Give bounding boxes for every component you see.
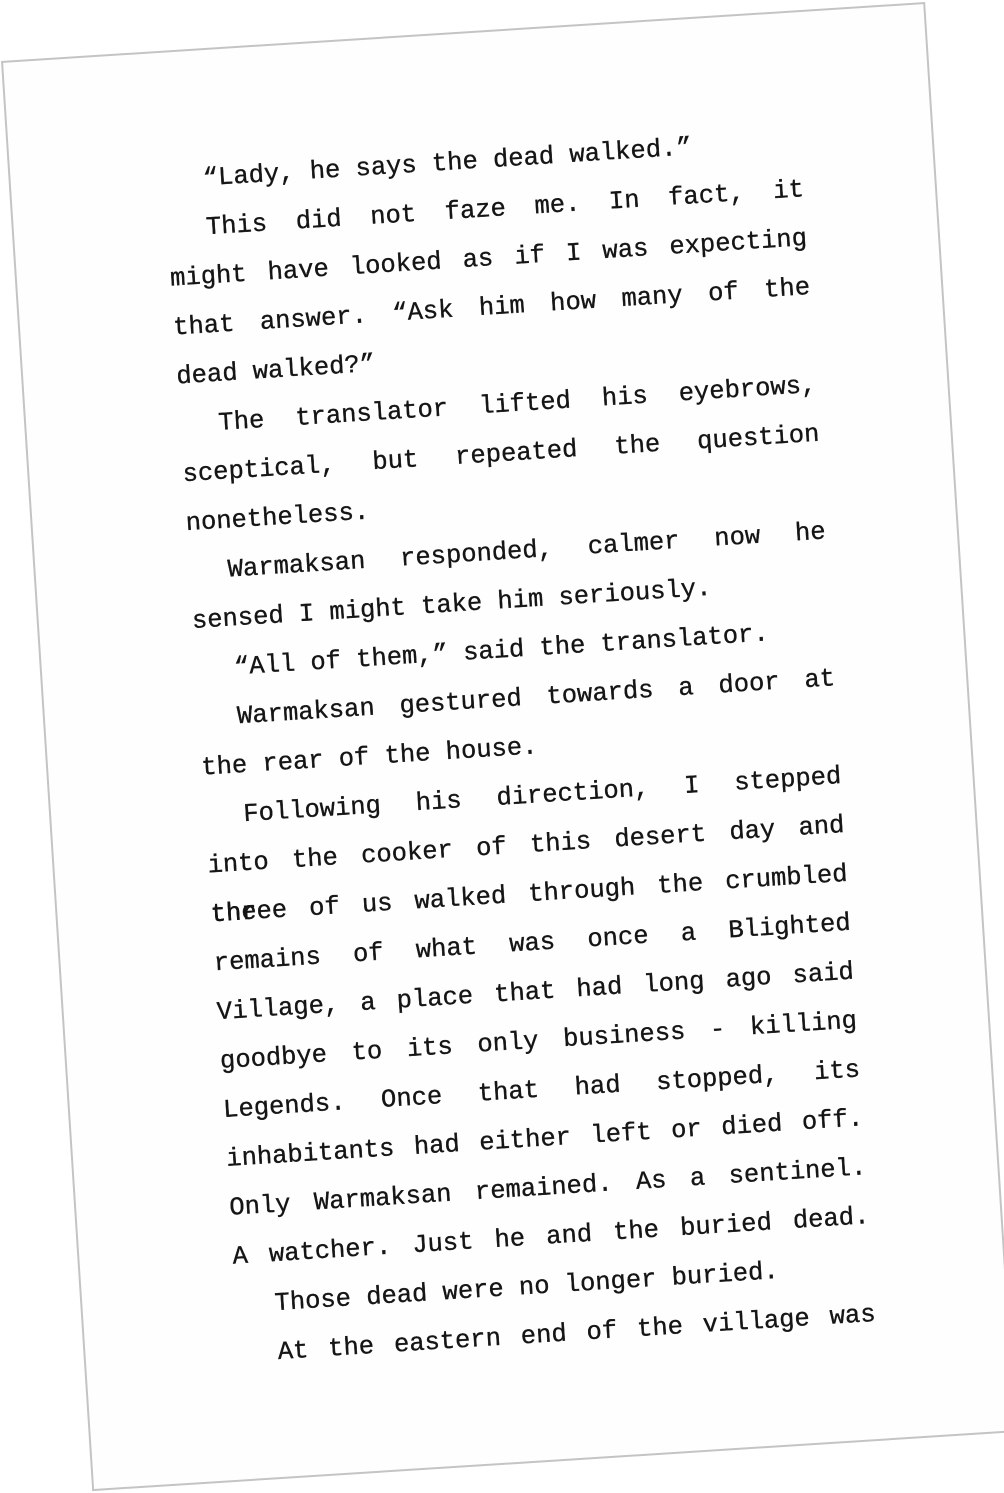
manuscript-text: “Lady, he says the dead walked.”This did… (162, 116, 877, 1379)
manuscript-page: “Lady, he says the dead walked.”This did… (1, 2, 1004, 1491)
